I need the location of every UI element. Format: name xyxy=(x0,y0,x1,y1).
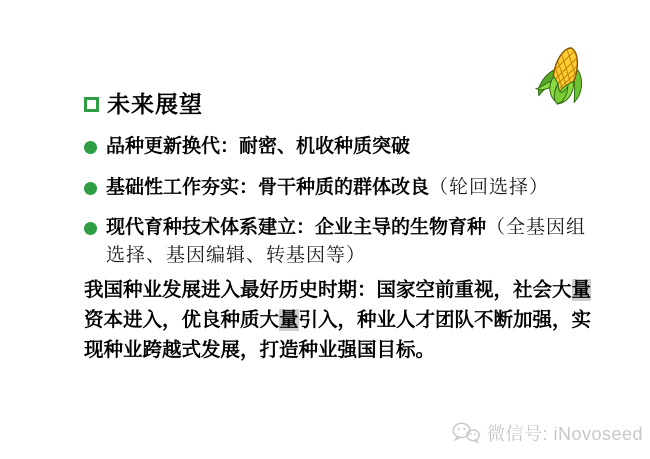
bullet-paren-text-line2: 选择、基因编辑、转基因等） xyxy=(106,242,611,270)
watermark: 微信号: iNovoseed xyxy=(451,420,643,446)
paragraph-line-1: 我国种业发展进入最好历史时期：国家空前重视，社会大量 xyxy=(84,275,584,305)
bullet-item-2: 基础性工作夯实：骨干种质的群体改良（轮回选择） xyxy=(84,174,611,202)
green-dot-icon xyxy=(84,141,97,154)
wechat-icon xyxy=(451,421,481,446)
green-square-icon xyxy=(84,97,99,112)
bullet-item-3: 现代育种技术体系建立：企业主导的生物育种（全基因组 选择、基因编辑、转基因等） xyxy=(84,214,611,270)
bullet-item-1: 品种更新换代：耐密、机收种质突破 xyxy=(84,133,611,161)
slide-canvas: 未来展望 品种更新换代：耐密、机收种质突破 基础性工作夯实：骨干种质的群体改良（… xyxy=(0,0,650,459)
corn-clipart-icon xyxy=(532,43,596,111)
bullet-text: 基础性工作夯实：骨干种质的群体改良 xyxy=(106,177,429,198)
slide-title-row: 未来展望 xyxy=(84,86,203,119)
green-dot-icon xyxy=(84,182,97,195)
highlighted-char: 量 xyxy=(279,309,299,331)
summary-paragraph: 我国种业发展进入最好历史时期：国家空前重视，社会大量 资本进入，优良种质大量引入… xyxy=(84,275,584,365)
green-dot-icon xyxy=(84,222,97,235)
watermark-text: 微信号: iNovoseed xyxy=(487,420,643,446)
slide-title: 未来展望 xyxy=(107,86,203,119)
bullet-paren-text: （全基因组 xyxy=(486,217,586,238)
paragraph-text: 引入，种业人才团队不断加强，实 xyxy=(299,309,592,331)
paragraph-text: 我国种业发展进入最好历史时期：国家空前重视，社会大 xyxy=(84,279,572,301)
paragraph-line-3: 现种业跨越式发展，打造种业强国目标。 xyxy=(84,335,584,365)
highlighted-char: 量 xyxy=(572,279,592,301)
bullet-paren-text: （轮回选择） xyxy=(429,177,549,198)
bullet-text: 现代育种技术体系建立：企业主导的生物育种 xyxy=(106,217,486,238)
bullet-text: 品种更新换代：耐密、机收种质突破 xyxy=(106,136,410,157)
paragraph-line-2: 资本进入，优良种质大量引入，种业人才团队不断加强，实 xyxy=(84,305,584,335)
paragraph-text: 资本进入，优良种质大 xyxy=(84,309,279,331)
